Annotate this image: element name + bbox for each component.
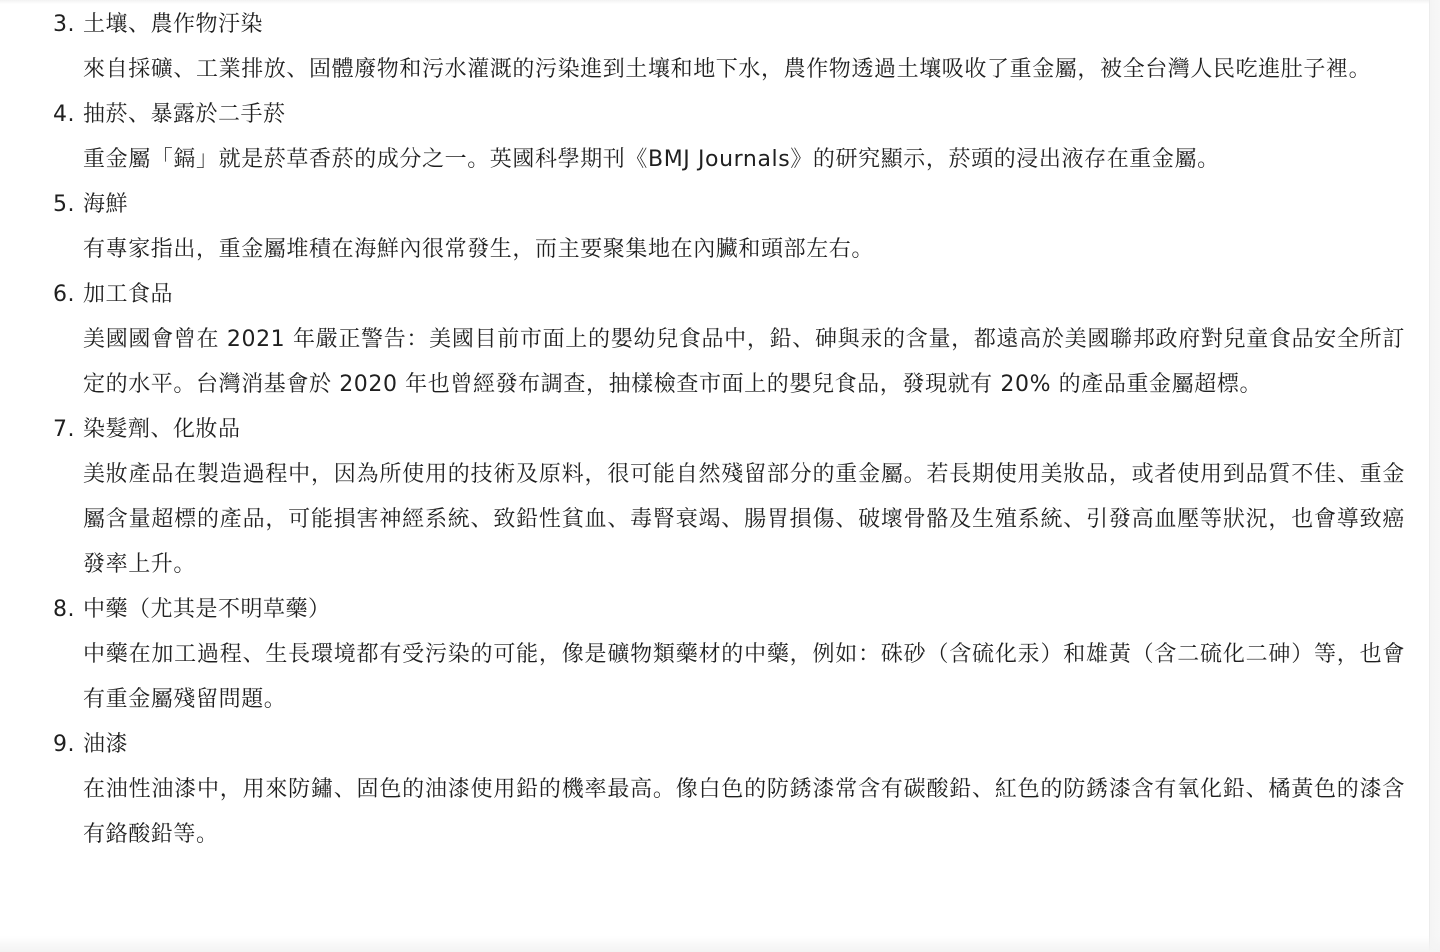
- heavy-metal-sources-list: 3. 土壤、農作物汙染 來自採礦、工業排放、固體廢物和污水灌溉的污染進到土壤和地…: [53, 2, 1413, 857]
- list-item-title: 染髮劑、化妝品: [83, 407, 241, 452]
- list-item: 7. 染髮劑、化妝品 美妝產品在製造過程中，因為所使用的技術及原料，很可能自然殘…: [53, 407, 1413, 587]
- list-item-body: 中藥在加工過程、生長環境都有受污染的可能，像是礦物類藥材的中藥，例如：硃砂（含硫…: [83, 632, 1405, 722]
- list-item-body: 重金屬「鎘」就是菸草香菸的成分之一。英國科學期刊《BMJ Journals》的研…: [83, 137, 1405, 182]
- bottom-edge-shadow: [0, 936, 1440, 952]
- list-item: 9. 油漆 在油性油漆中，用來防鏽、固色的油漆使用鉛的機率最高。像白色的防銹漆常…: [53, 722, 1413, 857]
- list-item-heading: 7. 染髮劑、化妝品: [53, 407, 1413, 452]
- list-item-body: 來自採礦、工業排放、固體廢物和污水灌溉的污染進到土壤和地下水，農作物透過土壤吸收…: [83, 47, 1405, 92]
- list-item-body: 美妝產品在製造過程中，因為所使用的技術及原料，很可能自然殘留部分的重金屬。若長期…: [83, 452, 1405, 587]
- list-item-number: 5.: [53, 182, 83, 227]
- list-item-title: 抽菸、暴露於二手菸: [83, 92, 286, 137]
- list-item: 5. 海鮮 有專家指出，重金屬堆積在海鮮內很常發生，而主要聚集地在內臟和頭部左右…: [53, 182, 1413, 272]
- list-item-number: 7.: [53, 407, 83, 452]
- list-item-number: 3.: [53, 2, 83, 47]
- list-item-heading: 5. 海鮮: [53, 182, 1413, 227]
- list-item-number: 9.: [53, 722, 83, 767]
- list-item-title: 土壤、農作物汙染: [83, 2, 263, 47]
- list-item: 3. 土壤、農作物汙染 來自採礦、工業排放、固體廢物和污水灌溉的污染進到土壤和地…: [53, 2, 1413, 92]
- list-item-number: 8.: [53, 587, 83, 632]
- list-item-heading: 4. 抽菸、暴露於二手菸: [53, 92, 1413, 137]
- window-right-edge: [1429, 0, 1440, 952]
- top-edge-shadow: [0, 0, 1440, 4]
- list-item: 8. 中藥（尤其是不明草藥） 中藥在加工過程、生長環境都有受污染的可能，像是礦物…: [53, 587, 1413, 722]
- list-item-heading: 8. 中藥（尤其是不明草藥）: [53, 587, 1413, 632]
- article-page: 3. 土壤、農作物汙染 來自採礦、工業排放、固體廢物和污水灌溉的污染進到土壤和地…: [0, 0, 1430, 952]
- list-item-title: 中藥（尤其是不明草藥）: [83, 587, 331, 632]
- list-item-heading: 3. 土壤、農作物汙染: [53, 2, 1413, 47]
- list-item-heading: 9. 油漆: [53, 722, 1413, 767]
- list-item-title: 油漆: [83, 722, 128, 767]
- list-item: 4. 抽菸、暴露於二手菸 重金屬「鎘」就是菸草香菸的成分之一。英國科學期刊《BM…: [53, 92, 1413, 182]
- list-item-title: 加工食品: [83, 272, 173, 317]
- list-item-heading: 6. 加工食品: [53, 272, 1413, 317]
- list-item: 6. 加工食品 美國國會曾在 2021 年嚴正警告：美國目前市面上的嬰幼兒食品中…: [53, 272, 1413, 407]
- list-item-number: 4.: [53, 92, 83, 137]
- list-item-body: 在油性油漆中，用來防鏽、固色的油漆使用鉛的機率最高。像白色的防銹漆常含有碳酸鉛、…: [83, 767, 1405, 857]
- list-item-body: 有專家指出，重金屬堆積在海鮮內很常發生，而主要聚集地在內臟和頭部左右。: [83, 227, 1405, 272]
- list-item-body: 美國國會曾在 2021 年嚴正警告：美國目前市面上的嬰幼兒食品中，鉛、砷與汞的含…: [83, 317, 1405, 407]
- list-item-number: 6.: [53, 272, 83, 317]
- list-item-title: 海鮮: [83, 182, 128, 227]
